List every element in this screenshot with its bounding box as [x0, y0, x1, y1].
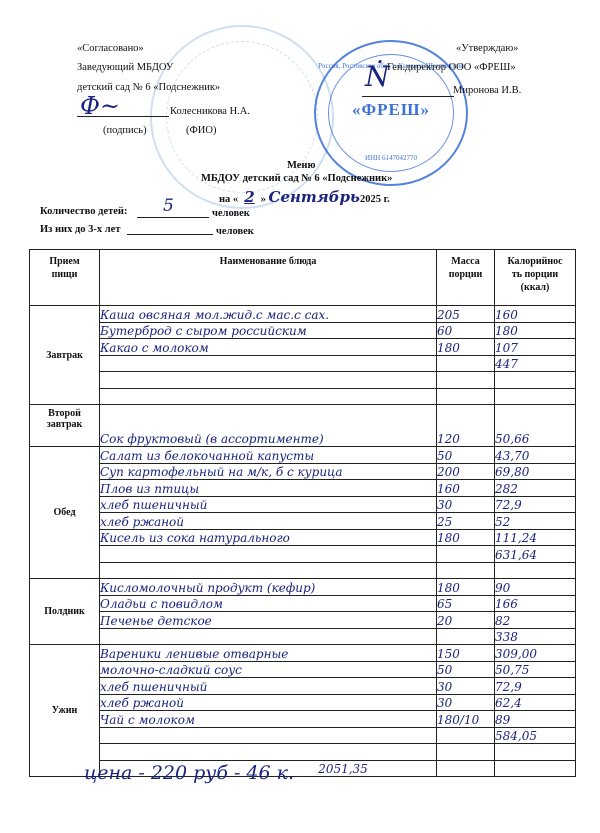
mass-value: 160 — [437, 482, 494, 496]
signature-left: Ф~ — [80, 92, 120, 120]
col-header-kcal: Калорийнос ть порции (ккал) — [495, 250, 576, 306]
kcal-cell: 72,9 — [495, 496, 576, 513]
mass-cell: 65 — [437, 595, 495, 612]
table-row: Оладьи с повидлом65166 — [30, 595, 576, 612]
signature-right: Ṅ — [365, 60, 390, 93]
kcal-value: 166 — [495, 597, 575, 611]
mass-value: 20 — [437, 614, 494, 628]
table-row: Какао с молоком180107 — [30, 339, 576, 356]
table-row: ОбедСалат из белокочанной капусты5043,70 — [30, 447, 576, 464]
table-row: 631,64 — [30, 546, 576, 563]
menu-title: Меню — [287, 160, 316, 171]
children-count-unit: человек — [212, 208, 250, 219]
kcal-cell: 43,70 — [495, 447, 576, 464]
dish-value: Сок фруктовый (в ассортименте) — [100, 432, 436, 446]
table-row: ПолдникКисломолочный продукт (кефир)1809… — [30, 579, 576, 596]
table-row: 584,05 — [30, 727, 576, 744]
kcal-cell: 111,24 — [495, 529, 576, 546]
menu-table: Прием пищи Наименование блюда Масса порц… — [29, 249, 576, 777]
kcal-cell — [495, 562, 576, 579]
dish-value: Кисель из сока натурального — [100, 531, 436, 545]
dish-value: хлеб ржаной — [100, 696, 436, 710]
table-row — [30, 744, 576, 761]
kcal-value: 282 — [495, 482, 575, 496]
mass-cell: 25 — [437, 513, 495, 530]
kcal-cell: 160 — [495, 306, 576, 323]
dish-value: Суп картофельный на м/к, б с курица — [100, 465, 436, 479]
dish-value: Чай с молоком — [100, 713, 436, 727]
mass-value: 25 — [437, 515, 494, 529]
kcal-cell: 89 — [495, 711, 576, 728]
mass-value: 180/10 — [437, 713, 494, 727]
mass-cell: 50 — [437, 661, 495, 678]
dish-value: Кисломолочный продукт (кефир) — [100, 581, 436, 595]
col-header-dish: Наименование блюда — [100, 250, 437, 306]
mass-cell — [437, 628, 495, 645]
mass-cell — [437, 355, 495, 372]
table-row: ЗавтракКаша овсяная мол.жид.с мас.с сах.… — [30, 306, 576, 323]
mass-value: 30 — [437, 696, 494, 710]
dish-cell: молочно-сладкий соус — [100, 661, 437, 678]
table-row: Суп картофельный на м/к, б с курица20069… — [30, 463, 576, 480]
dish-cell: Кисломолочный продукт (кефир) — [100, 579, 437, 596]
menu-date: на «2» Сентябрь2025 г. — [219, 188, 390, 206]
dish-cell: Плов из птицы — [100, 480, 437, 497]
dish-value: хлеб пшеничный — [100, 680, 436, 694]
col-header-meal: Прием пищи — [30, 250, 100, 306]
mass-cell: 150 — [437, 645, 495, 662]
kcal-cell: 180 — [495, 322, 576, 339]
dish-value: Каша овсяная мол.жид.с мас.с сах. — [100, 308, 436, 322]
signature-caption: (подпись) — [103, 125, 147, 136]
approval-left-position: Заведующий МБДОУ — [77, 62, 173, 73]
mass-value: 205 — [437, 308, 494, 322]
table-row: 338 — [30, 628, 576, 645]
dish-cell: Суп картофельный на м/к, б с курица — [100, 463, 437, 480]
kcal-value: 107 — [495, 341, 575, 355]
dish-value: хлеб пшеничный — [100, 498, 436, 512]
table-row — [30, 372, 576, 389]
dish-value: Вареники ленивые отварные — [100, 647, 436, 661]
dish-cell — [100, 546, 437, 563]
kcal-cell: 52 — [495, 513, 576, 530]
mass-cell: 180 — [437, 339, 495, 356]
dish-cell: хлеб ржаной — [100, 694, 437, 711]
mass-cell: 120 — [437, 405, 495, 447]
mass-cell: 30 — [437, 496, 495, 513]
mass-value: 200 — [437, 465, 494, 479]
kcal-cell: 90 — [495, 579, 576, 596]
table-row: хлеб ржаной3062,4 — [30, 694, 576, 711]
kcal-cell: 82 — [495, 612, 576, 629]
menu-body: ЗавтракКаша овсяная мол.жид.с мас.с сах.… — [30, 306, 576, 777]
kcal-cell: 447 — [495, 355, 576, 372]
mass-cell: 180 — [437, 529, 495, 546]
table-row: Второй завтракСок фруктовый (в ассортиме… — [30, 405, 576, 447]
kcal-cell: 50,75 — [495, 661, 576, 678]
kcal-cell: 309,00 — [495, 645, 576, 662]
kcal-cell — [495, 372, 576, 389]
kcal-value: 160 — [495, 308, 575, 322]
name-caption: (ФИО) — [186, 125, 216, 136]
table-row: молочно-сладкий соус5050,75 — [30, 661, 576, 678]
kcal-cell: 50,66 — [495, 405, 576, 447]
table-row: УжинВареники ленивые отварные150309,00 — [30, 645, 576, 662]
kcal-cell: 166 — [495, 595, 576, 612]
meal-name: Полдник — [30, 579, 100, 645]
kcal-value: 584,05 — [495, 729, 575, 743]
table-row: Бутерброд с сыром российским60180 — [30, 322, 576, 339]
children-count-label: Количество детей: — [40, 206, 127, 217]
mass-cell: 20 — [437, 612, 495, 629]
kcal-value: 43,70 — [495, 449, 575, 463]
meal-name: Ужин — [30, 645, 100, 777]
meal-name: Завтрак — [30, 306, 100, 405]
kcal-value: 50,66 — [495, 432, 575, 446]
mass-value: 65 — [437, 597, 494, 611]
mass-cell — [437, 760, 495, 777]
mass-cell — [437, 388, 495, 405]
dish-cell: Сок фруктовый (в ассортименте) — [100, 405, 437, 447]
dish-cell: Каша овсяная мол.жид.с мас.с сах. — [100, 306, 437, 323]
table-row: Чай с молоком180/1089 — [30, 711, 576, 728]
dish-cell — [100, 727, 437, 744]
mass-cell: 180 — [437, 579, 495, 596]
approval-right-position: Ген.директор ООО «ФРЕШ» — [387, 62, 516, 73]
mass-value: 180 — [437, 581, 494, 595]
dish-value: Печенье детское — [100, 614, 436, 628]
kcal-cell: 69,80 — [495, 463, 576, 480]
kcal-value: 89 — [495, 713, 575, 727]
date-suffix: 2025 г. — [360, 194, 390, 205]
dish-cell: Какао с молоком — [100, 339, 437, 356]
mass-cell — [437, 744, 495, 761]
dish-value: Плов из птицы — [100, 482, 436, 496]
mass-cell: 30 — [437, 678, 495, 695]
mass-cell: 50 — [437, 447, 495, 464]
mass-value: 60 — [437, 324, 494, 338]
mass-cell — [437, 727, 495, 744]
dish-value: Бутерброд с сыром российским — [100, 324, 436, 338]
mass-cell: 60 — [437, 322, 495, 339]
dish-value: хлеб ржаной — [100, 515, 436, 529]
kcal-value: 82 — [495, 614, 575, 628]
kcal-cell — [495, 744, 576, 761]
table-row — [30, 562, 576, 579]
kcal-value: 447 — [495, 357, 575, 371]
mass-cell: 160 — [437, 480, 495, 497]
kcal-value: 309,00 — [495, 647, 575, 661]
dish-cell — [100, 372, 437, 389]
mass-cell — [437, 546, 495, 563]
signature-line-right — [362, 96, 454, 97]
children-count-value: 5 — [163, 196, 174, 216]
kcal-cell: 631,64 — [495, 546, 576, 563]
kcal-value: 111,24 — [495, 531, 575, 545]
approval-right-title: «Утверждаю» — [456, 43, 518, 54]
kcal-value: 338 — [495, 630, 575, 644]
dish-cell: хлеб пшеничный — [100, 496, 437, 513]
dish-cell: Чай с молоком — [100, 711, 437, 728]
date-mid: » — [261, 194, 266, 205]
price-note: цена - 220 руб - 46 к. — [84, 762, 294, 784]
dish-cell — [100, 628, 437, 645]
kcal-cell: 282 — [495, 480, 576, 497]
mass-cell — [437, 562, 495, 579]
kcal-cell: 72,9 — [495, 678, 576, 695]
table-row: Плов из птицы160282 — [30, 480, 576, 497]
meal-name: Обед — [30, 447, 100, 579]
dish-cell: Оладьи с повидлом — [100, 595, 437, 612]
kcal-value: 180 — [495, 324, 575, 338]
under3-line — [127, 234, 213, 235]
table-header-row: Прием пищи Наименование блюда Масса порц… — [30, 250, 576, 306]
mass-cell — [437, 372, 495, 389]
kcal-cell: 62,4 — [495, 694, 576, 711]
kcal-value: 72,9 — [495, 680, 575, 694]
dish-cell: Печенье детское — [100, 612, 437, 629]
dish-cell — [100, 562, 437, 579]
children-count-line — [137, 217, 209, 218]
meal-name: Второй завтрак — [30, 405, 100, 447]
mass-value: 50 — [437, 449, 494, 463]
col-header-mass: Масса порции — [437, 250, 495, 306]
mass-value: 150 — [437, 647, 494, 661]
kcal-value: 631,64 — [495, 548, 575, 562]
mass-cell: 200 — [437, 463, 495, 480]
kcal-value: 62,4 — [495, 696, 575, 710]
kcal-cell — [495, 388, 576, 405]
mass-value: 30 — [437, 498, 494, 512]
under3-unit: человек — [216, 226, 254, 237]
kcal-cell: 107 — [495, 339, 576, 356]
kcal-value: 69,80 — [495, 465, 575, 479]
approval-left-title: «Согласовано» — [77, 43, 144, 54]
dish-value: Какао с молоком — [100, 341, 436, 355]
table-row: 447 — [30, 355, 576, 372]
dish-cell: Кисель из сока натурального — [100, 529, 437, 546]
approval-right-name: Миронова И.В. — [453, 85, 521, 96]
under3-label: Из них до 3-х лет — [40, 224, 121, 235]
table-row — [30, 388, 576, 405]
date-day: 2 — [238, 188, 260, 206]
table-row: Печенье детское2082 — [30, 612, 576, 629]
dish-cell: хлеб ржаной — [100, 513, 437, 530]
dish-cell: Вареники ленивые отварные — [100, 645, 437, 662]
dish-cell: Салат из белокочанной капусты — [100, 447, 437, 464]
kcal-cell — [495, 760, 576, 777]
table-row: хлеб ржаной2552 — [30, 513, 576, 530]
mass-value: 30 — [437, 680, 494, 694]
dish-value: молочно-сладкий соус — [100, 663, 436, 677]
mass-value: 180 — [437, 341, 494, 355]
table-row: Кисель из сока натурального180111,24 — [30, 529, 576, 546]
date-month: Сентябрь — [269, 188, 360, 206]
kcal-value: 72,9 — [495, 498, 575, 512]
mass-value: 180 — [437, 531, 494, 545]
kcal-value: 50,75 — [495, 663, 575, 677]
dish-cell: хлеб пшеничный — [100, 678, 437, 695]
kcal-value: 52 — [495, 515, 575, 529]
dish-cell — [100, 388, 437, 405]
kcal-value: 90 — [495, 581, 575, 595]
dish-cell — [100, 744, 437, 761]
approval-left-name: Колесникова Н.А. — [170, 106, 250, 117]
kcal-cell: 584,05 — [495, 727, 576, 744]
stamp-company-name: «ФРЕШ» — [316, 100, 466, 120]
date-prefix: на « — [219, 194, 238, 205]
mass-cell: 180/10 — [437, 711, 495, 728]
table-row: хлеб пшеничный3072,9 — [30, 678, 576, 695]
table-row: хлеб пшеничный3072,9 — [30, 496, 576, 513]
menu-subtitle: МБДОУ детский сад № 6 «Подснежник» — [201, 173, 392, 184]
dish-cell — [100, 355, 437, 372]
stamp-inn: ИНН 6147042770 — [316, 154, 466, 162]
dish-value: Салат из белокочанной капусты — [100, 449, 436, 463]
mass-value: 120 — [437, 432, 494, 446]
mass-cell: 30 — [437, 694, 495, 711]
dish-value: Оладьи с повидлом — [100, 597, 436, 611]
dish-cell: Бутерброд с сыром российским — [100, 322, 437, 339]
mass-cell: 205 — [437, 306, 495, 323]
mass-value: 50 — [437, 663, 494, 677]
kcal-cell: 338 — [495, 628, 576, 645]
